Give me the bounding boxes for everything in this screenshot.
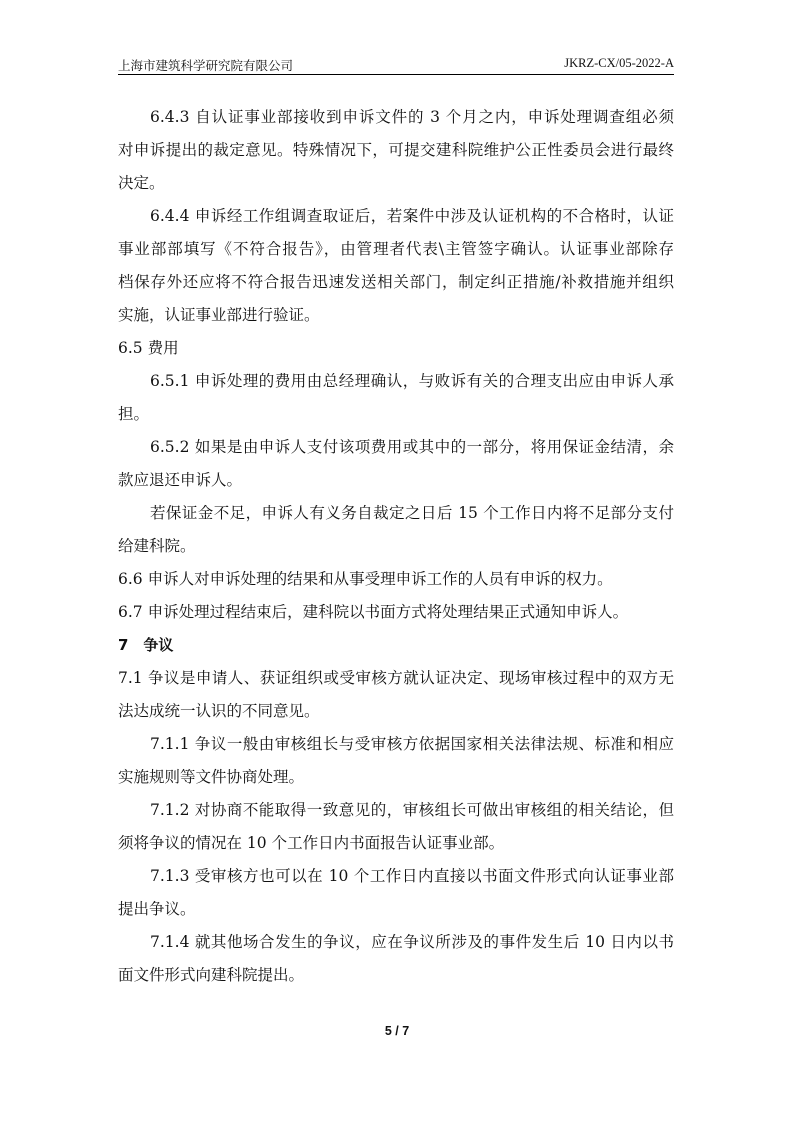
paragraph-6-4-4-line-3: 档保存外还应将不符合报告迅速发送相关部门，制定纠正措施/补救措施并组织 [118, 266, 674, 299]
paragraph-7-1-3-line-1: 7.1.3 受审核方也可以在 10 个工作日内直接以书面文件形式向认证事业部 [118, 860, 674, 893]
document-code: JKRZ-CX/05-2022-A [564, 56, 674, 71]
paragraph-deposit-line-1: 若保证金不足，申诉人有义务自裁定之日后 15 个工作日内将不足部分支付 [118, 497, 674, 530]
paragraph-7-1-2-line-1: 7.1.2 对协商不能取得一致意见的，审核组长可做出审核组的相关结论，但 [118, 794, 674, 827]
paragraph-deposit-line-2: 给建科院。 [118, 530, 674, 563]
page-header: 上海市建筑科学研究院有限公司 JKRZ-CX/05-2022-A [118, 56, 674, 75]
page-number: 5 / 7 [0, 1024, 794, 1038]
paragraph-7-1-4-line-2: 面文件形式向建科院提出。 [118, 959, 674, 992]
paragraph-7-1-4-line-1: 7.1.4 就其他场合发生的争议，应在争议所涉及的事件发生后 10 日内以书 [118, 926, 674, 959]
paragraph-7-1-line-1: 7.1 争议是申请人、获证组织或受审核方就认证决定、现场审核过程中的双方无 [118, 662, 674, 695]
paragraph-6-7: 6.7 申诉处理过程结束后，建科院以书面方式将处理结果正式通知申诉人。 [118, 596, 674, 629]
paragraph-6-4-4-line-2: 事业部部填写《不符合报告》，由管理者代表\主管签字确认。认证事业部除存 [118, 233, 674, 266]
paragraph-6-4-3-line-2: 对申诉提出的裁定意见。特殊情况下，可提交建科院维护公正性委员会进行最终 [118, 134, 674, 167]
paragraph-6-5-2-line-2: 款应退还申诉人。 [118, 464, 674, 497]
paragraph-6-5-1-line-2: 担。 [118, 398, 674, 431]
section-heading-7: 7 争议 [118, 629, 674, 662]
paragraph-7-1-3-line-2: 提出争议。 [118, 893, 674, 926]
paragraph-7-1-1-line-1: 7.1.1 争议一般由审核组长与受审核方依据国家相关法律法规、标准和相应 [118, 728, 674, 761]
paragraph-6-4-4-line-1: 6.4.4 申诉经工作组调查取证后，若案件中涉及认证机构的不合格时，认证 [118, 200, 674, 233]
paragraph-6-4-3-line-1: 6.4.3 自认证事业部接收到申诉文件的 3 个月之内，申诉处理调查组必须 [118, 101, 674, 134]
paragraph-7-1-1-line-2: 实施规则等文件协商处理。 [118, 761, 674, 794]
document-body: 6.4.3 自认证事业部接收到申诉文件的 3 个月之内，申诉处理调查组必须 对申… [118, 101, 674, 992]
organization-name: 上海市建筑科学研究院有限公司 [118, 56, 293, 74]
paragraph-6-5-1-line-1: 6.5.1 申诉处理的费用由总经理确认，与败诉有关的合理支出应由申诉人承 [118, 365, 674, 398]
paragraph-6-4-3-line-3: 决定。 [118, 167, 674, 200]
paragraph-6-5-2-line-1: 6.5.2 如果是由申诉人支付该项费用或其中的一部分，将用保证金结清，余 [118, 431, 674, 464]
section-heading-6-5: 6.5 费用 [118, 332, 674, 365]
paragraph-7-1-line-2: 法达成统一认识的不同意见。 [118, 695, 674, 728]
paragraph-7-1-2-line-2: 须将争议的情况在 10 个工作日内书面报告认证事业部。 [118, 827, 674, 860]
paragraph-6-4-4-line-4: 实施，认证事业部进行验证。 [118, 299, 674, 332]
paragraph-6-6: 6.6 申诉人对申诉处理的结果和从事受理申诉工作的人员有申诉的权力。 [118, 563, 674, 596]
